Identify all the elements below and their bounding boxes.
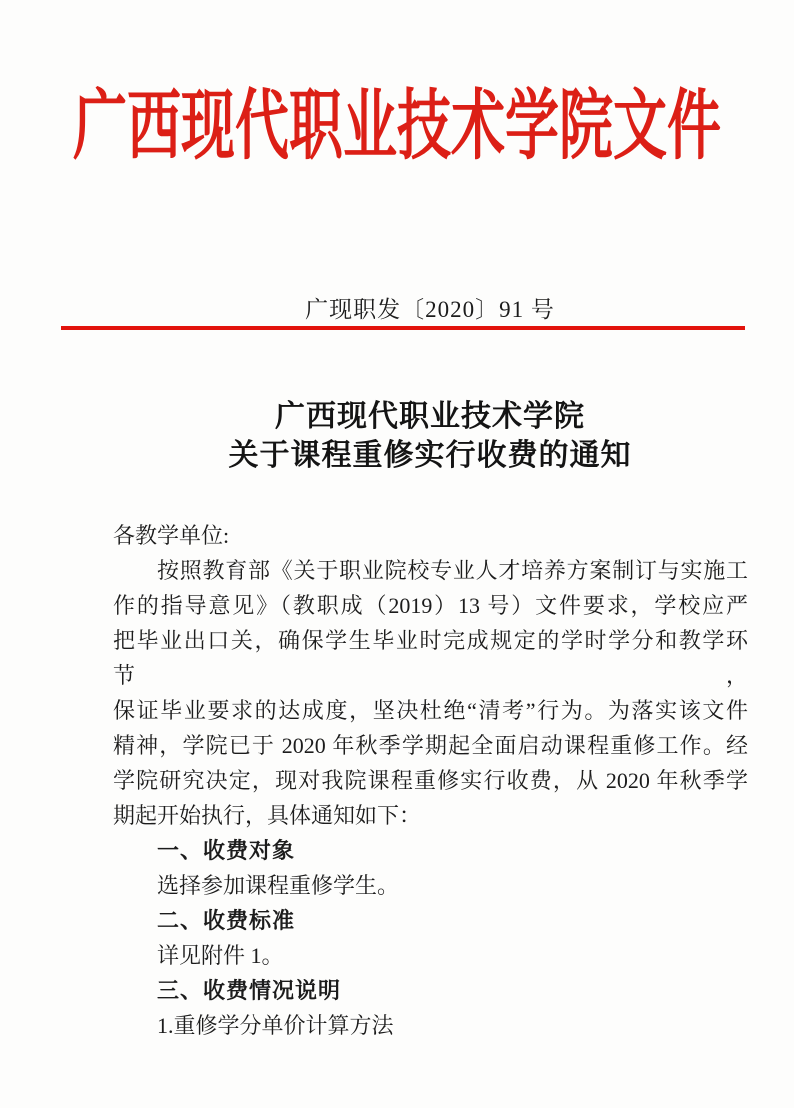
document-line-heading: 一、收费对象 (113, 833, 748, 868)
letterhead-title: 广西现代职业技术学院文件 (0, 88, 794, 165)
document-line-para-first: 按照教育部《关于职业院校专业人才培养方案制订与实施工 (113, 553, 748, 588)
document-title: 广西现代职业技术学院 关于课程重修实行收费的通知 (66, 397, 794, 475)
letterhead-divider-rule (61, 326, 745, 330)
document-title-line-2: 关于课程重修实行收费的通知 (66, 436, 794, 475)
document-line-para-fill: 作的指导意见》（教职成（2019）13 号）文件要求，学校应严 (113, 588, 748, 623)
document-line-heading: 三、收费情况说明 (113, 973, 748, 1008)
document-line-item: 详见附件 1。 (113, 938, 748, 973)
document-body: 各教学单位:按照教育部《关于职业院校专业人才培养方案制订与实施工作的指导意见》（… (113, 518, 748, 1043)
doc-number: 广现职发〔2020〕91 号 (66, 295, 794, 325)
document-line-para-fill: 把毕业出口关，确保学生毕业时完成规定的学时学分和教学环节， (113, 623, 748, 693)
document-line-para-fill: 保证毕业要求的达成度，坚决杜绝“清考”行为。为落实该文件 (113, 693, 748, 728)
document-line-item: 选择参加课程重修学生。 (113, 868, 748, 903)
document-line-para-fill: 精神，学院已于 2020 年秋季学期起全面启动课程重修工作。经 (113, 728, 748, 763)
scanned-document-page: 广西现代职业技术学院文件 广现职发〔2020〕91 号 广西现代职业技术学院 关… (0, 0, 794, 1108)
document-line-para-fill: 学院研究决定，现对我院课程重修实行收费，从 2020 年秋季学 (113, 763, 748, 798)
document-line-heading: 二、收费标准 (113, 903, 748, 938)
document-title-line-1: 广西现代职业技术学院 (66, 397, 794, 436)
document-line-para-end: 期起开始执行，具体通知如下： (113, 798, 748, 833)
document-line-salutation: 各教学单位: (113, 518, 748, 553)
document-line-item: 1.重修学分单价计算方法 (113, 1008, 748, 1043)
